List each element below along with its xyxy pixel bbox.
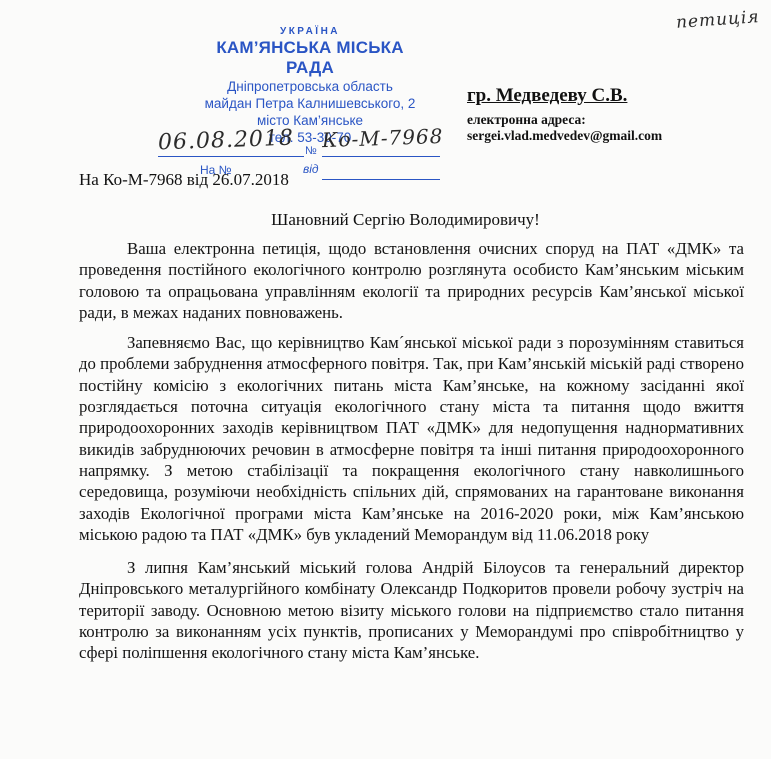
body-paragraph: Запевняємо Вас, що керівництво Кам´янськ… — [79, 332, 744, 545]
letter-page: УКРАЇНА КАМ’ЯНСЬКА МІСЬКА РАДА Дніпропет… — [0, 0, 771, 759]
addressee-name: гр. Медведеву С.В. — [467, 84, 767, 108]
addressee-email: sergei.vlad.medvedev@gmail.com — [467, 128, 767, 144]
stamp-address: майдан Петра Калнишевського, 2 — [190, 95, 430, 112]
stamp-council-name: КАМ’ЯНСЬКА МІСЬКА РАДА — [190, 38, 430, 78]
handwritten-registration-number: Ко-М-7968 — [322, 124, 444, 152]
registration-date-underline — [158, 156, 304, 157]
reference-from-label: від — [303, 162, 319, 176]
handwritten-corner-note: петиція — [675, 7, 760, 33]
registration-number-label: № — [305, 145, 317, 157]
reference-line: На Ко-М-7968 від 26.07.2018 — [79, 170, 289, 190]
body-paragraph: З липня Кам’янський міський голова Андрі… — [79, 557, 744, 663]
letter-body: Ваша електронна петиція, щодо встановлен… — [79, 238, 744, 673]
handwritten-date: 06.08.2018 — [158, 126, 295, 156]
registration-number-underline — [322, 156, 440, 157]
stamp-country: УКРАЇНА — [190, 26, 430, 38]
stamp-region: Дніпропетровська область — [190, 78, 430, 95]
body-paragraph: Ваша електронна петиція, щодо встановлен… — [79, 238, 744, 323]
addressee-block: гр. Медведеву С.В. електронна адреса: se… — [467, 84, 767, 144]
reference-from-underline — [322, 179, 440, 180]
email-label: електронна адреса: — [467, 112, 767, 128]
salutation: Шановний Сергію Володимировичу! — [0, 210, 771, 230]
